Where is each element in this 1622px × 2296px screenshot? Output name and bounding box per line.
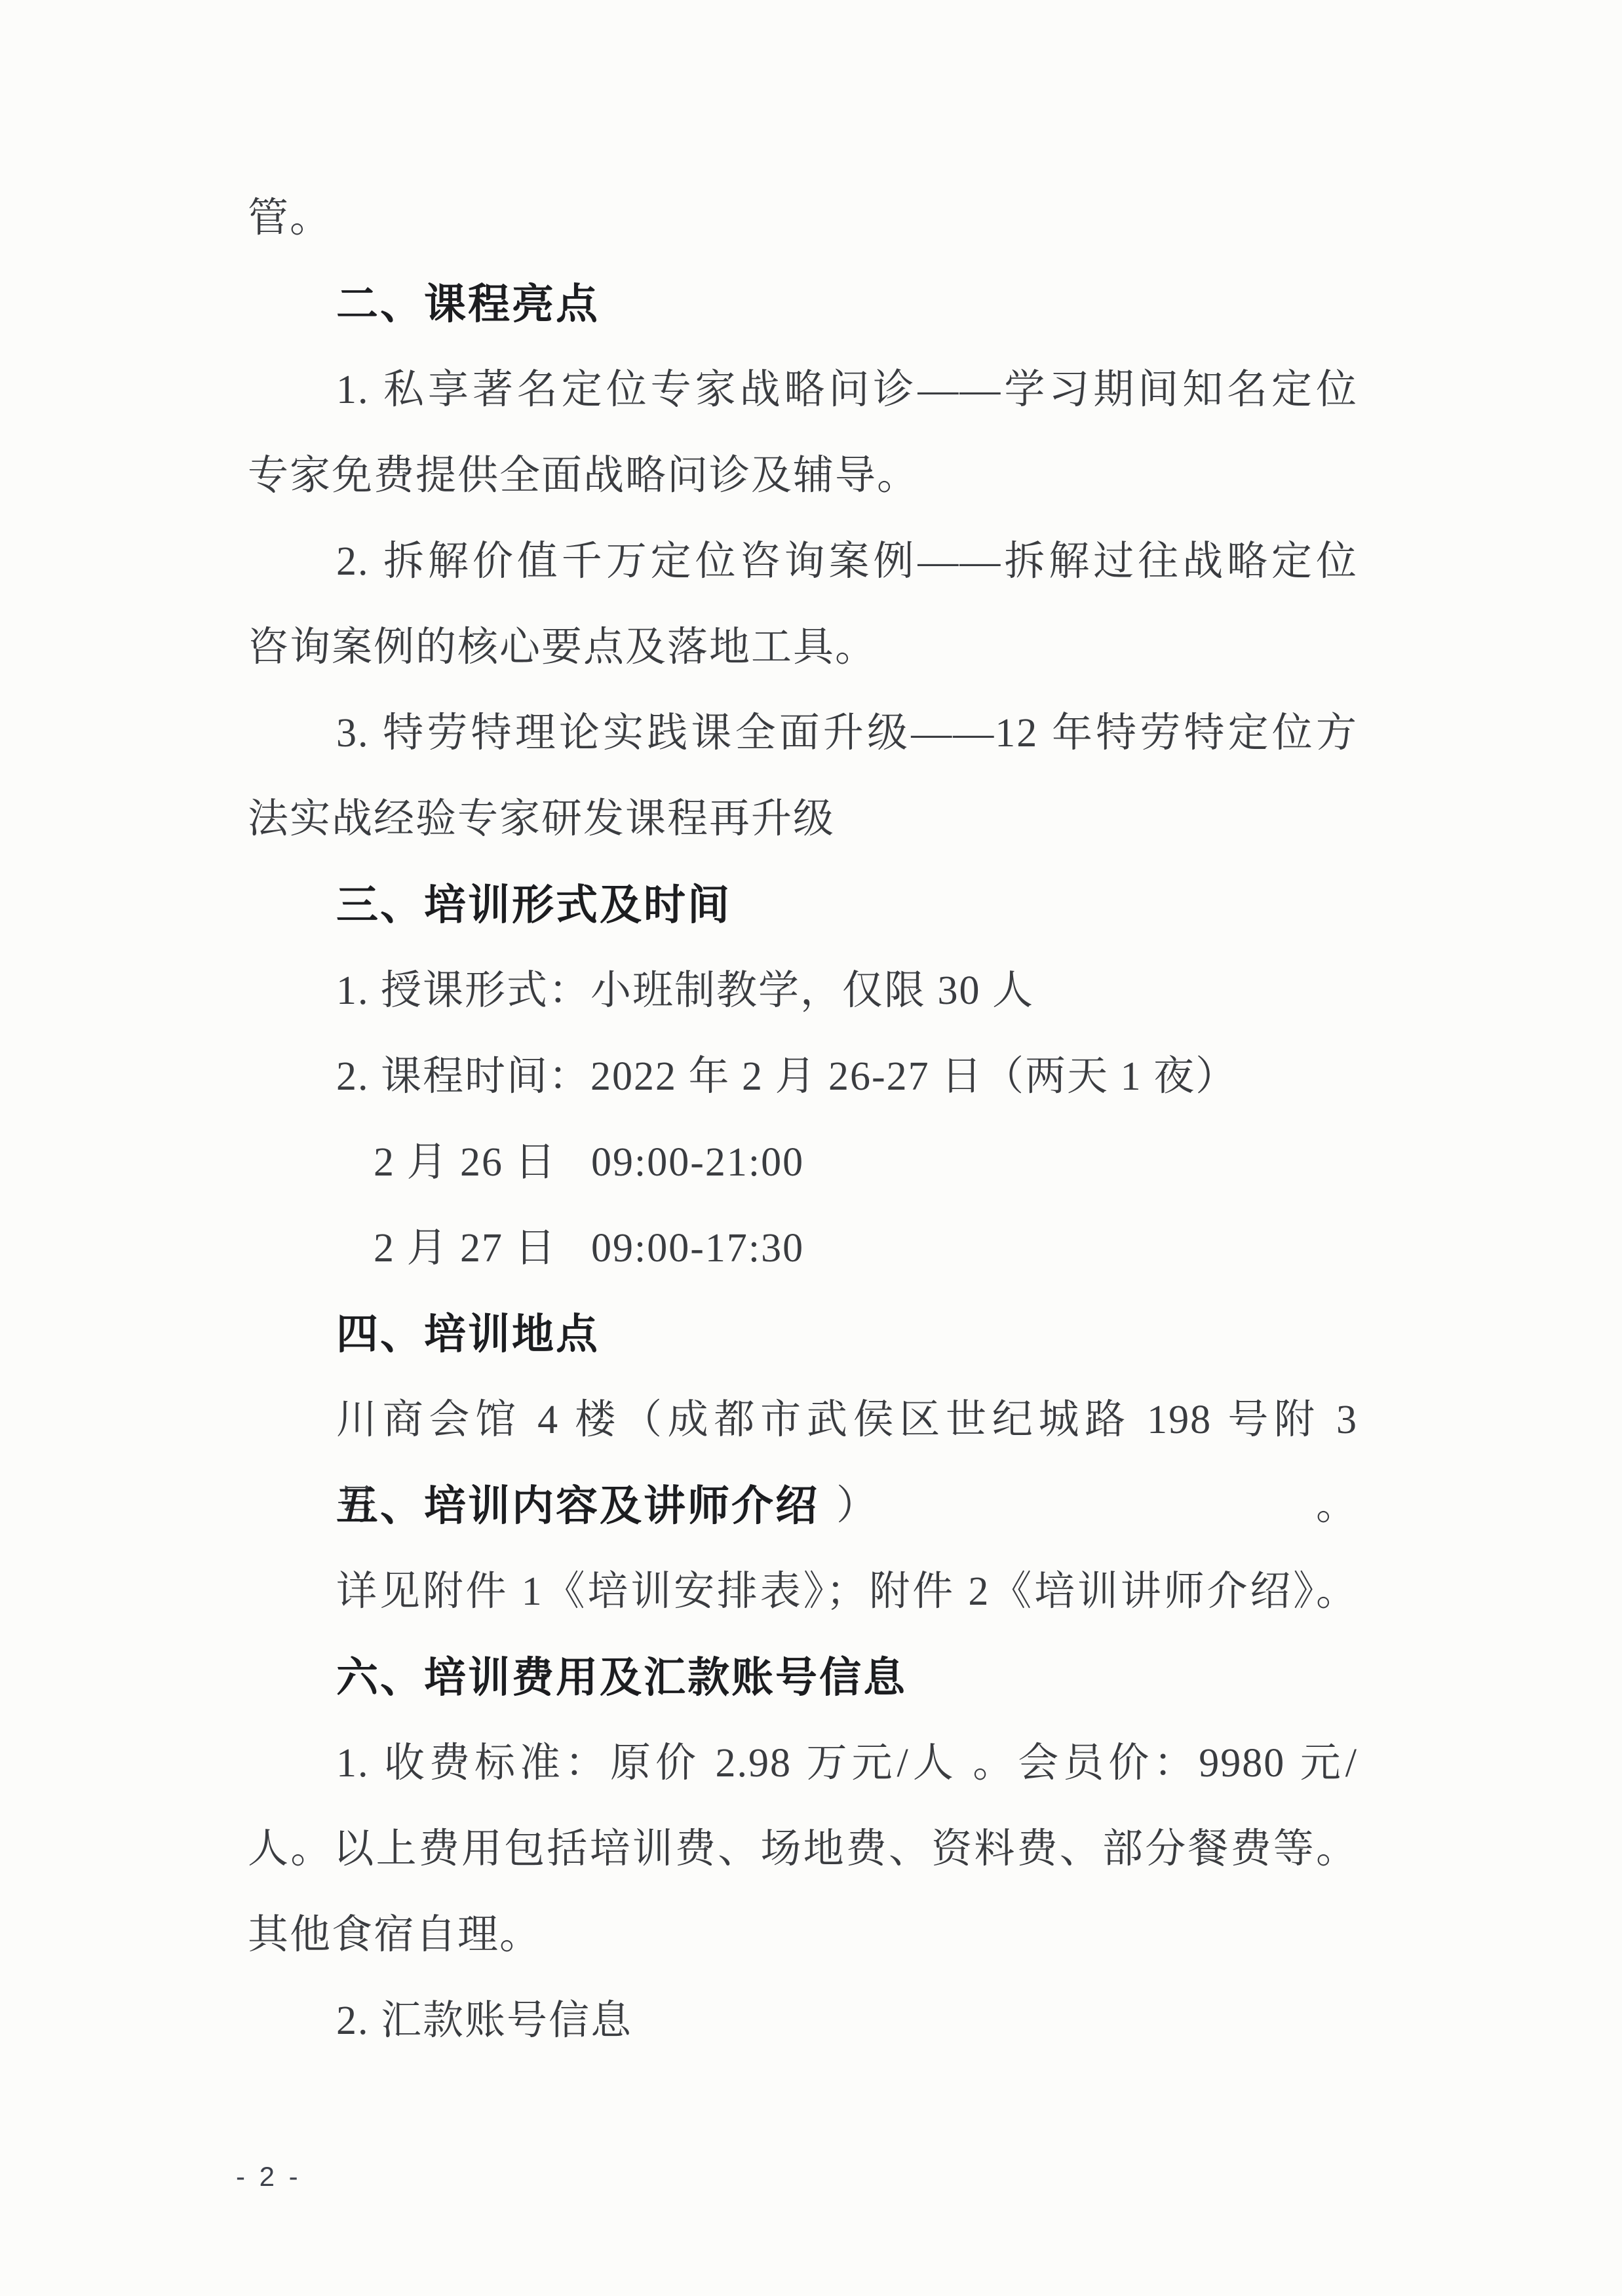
body-line-highlight-1: 1. 私享著名定位专家战略问诊——学习期间知名定位 [248, 347, 1358, 433]
body-line-course-dates: 2. 课程时间：2022 年 2 月 26-27 日（两天 1 夜） [248, 1034, 1358, 1120]
heading-fees-remittance: 六、培训费用及汇款账号信息 [248, 1635, 1358, 1721]
document-page: 管。 二、课程亮点 1. 私享著名定位专家战略问诊——学习期间知名定位 专家免费… [0, 0, 1622, 2296]
body-line-highlight-2-cont: 咨询案例的核心要点及落地工具。 [248, 605, 1358, 691]
body-line-teaching-format: 1. 授课形式：小班制教学，仅限 30 人 [248, 948, 1358, 1034]
body-line-remittance-info: 2. 汇款账号信息 [248, 1978, 1358, 2064]
body-line-fee-standard: 1. 收费标准：原价 2.98 万元/人 。会员价：9980 元/ [248, 1721, 1358, 1807]
heading-training-format-time: 三、培训形式及时间 [248, 862, 1358, 948]
heading-course-highlights: 二、课程亮点 [248, 261, 1358, 347]
document-body: 管。 二、课程亮点 1. 私享著名定位专家战略问诊——学习期间知名定位 专家免费… [248, 176, 1358, 2064]
body-line-location-address: 川商会馆 4 楼（成都市武侯区世纪城路 198 号附 3 号）。 [248, 1377, 1358, 1463]
body-line-attachments: 详见附件 1《培训安排表》；附件 2《培训讲师介绍》。 [248, 1549, 1358, 1635]
body-line-fee-standard-cont: 人。以上费用包括培训费、场地费、资料费、部分餐费等。 [248, 1807, 1358, 1892]
body-line-highlight-3-cont: 法实战经验专家研发课程再升级 [248, 776, 1358, 862]
page-number: - 2 - [236, 2157, 301, 2196]
body-line: 管。 [248, 176, 1358, 261]
body-line-highlight-1-cont: 专家免费提供全面战略问诊及辅导。 [248, 433, 1358, 519]
schedule-line-day2: 2 月 27 日 09:00-17:30 [248, 1206, 1358, 1291]
body-line-highlight-3: 3. 特劳特理论实践课全面升级——12 年特劳特定位方 [248, 691, 1358, 776]
schedule-line-day1: 2 月 26 日 09:00-21:00 [248, 1120, 1358, 1206]
body-line-highlight-2: 2. 拆解价值千万定位咨询案例——拆解过往战略定位 [248, 519, 1358, 605]
heading-training-location: 四、培训地点 [248, 1291, 1358, 1377]
body-line-board-lodging: 其他食宿自理。 [248, 1892, 1358, 1978]
